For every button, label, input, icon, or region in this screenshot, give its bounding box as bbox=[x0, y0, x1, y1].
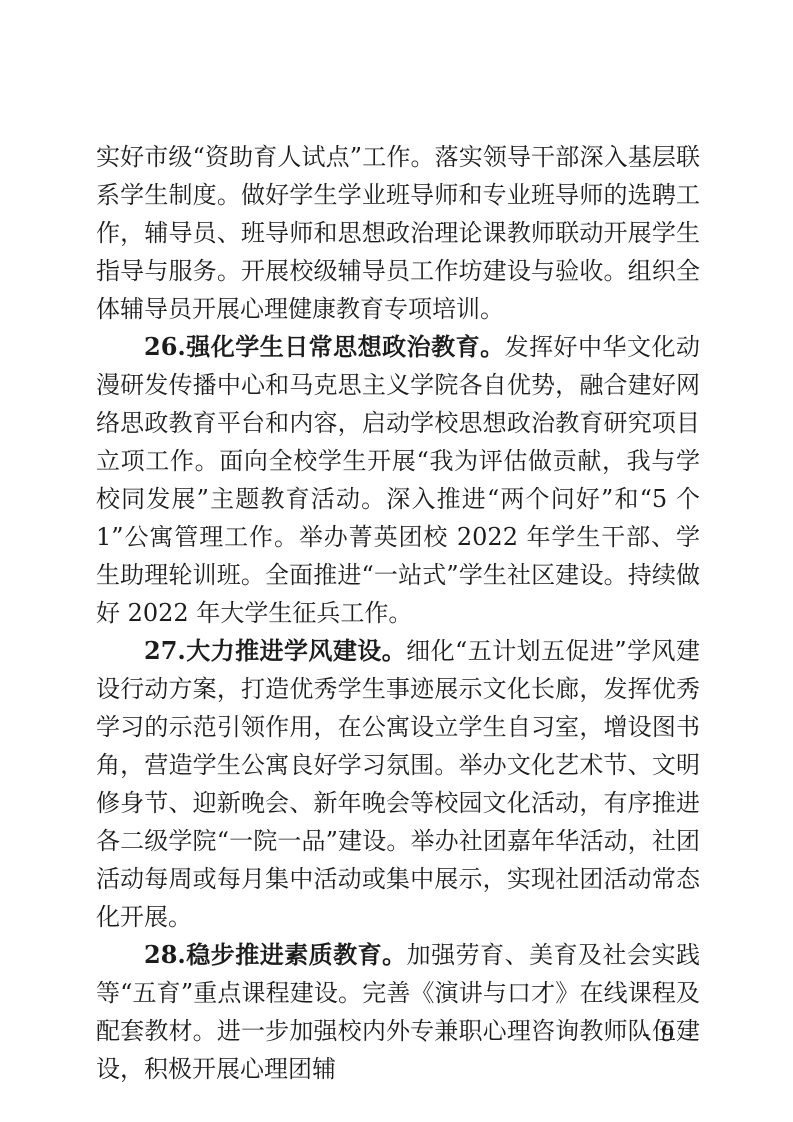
paragraph-item-28: 28.稳步推进素质教育。加强劳育、美育及社会实践等“五育”重点课程建设。完善《演… bbox=[96, 936, 700, 1088]
paragraph-text: 细化“五计划五促进”学风建设行动方案，打造优秀学生事迹展示文化长廊，发挥优秀学习… bbox=[96, 637, 700, 931]
document-body: 实好市级“资助育人试点”工作。落实领导干部深入基层联系学生制度。做好学生学业班导… bbox=[96, 138, 700, 1088]
paragraph-item-27: 27.大力推进学风建设。细化“五计划五促进”学风建设行动方案，打造优秀学生事迹展… bbox=[96, 632, 700, 936]
page-number: - 9 - bbox=[642, 1020, 695, 1050]
paragraph-lead: 28.稳步推进素质教育。 bbox=[144, 940, 407, 969]
paragraph-item-26: 26.强化学生日常思想政治教育。发挥好中华文化动漫研发传播中心和马克思主义学院各… bbox=[96, 328, 700, 632]
paragraph-text: 实好市级“资助育人试点”工作。落实领导干部深入基层联系学生制度。做好学生学业班导… bbox=[96, 143, 700, 323]
document-page: 实好市级“资助育人试点”工作。落实领导干部深入基层联系学生制度。做好学生学业班导… bbox=[0, 0, 793, 1122]
paragraph-lead: 27.大力推进学风建设。 bbox=[144, 636, 406, 665]
paragraph-text: 发挥好中华文化动漫研发传播中心和马克思主义学院各自优势，融合建好网络思政教育平台… bbox=[96, 333, 700, 627]
paragraph-lead: 26.强化学生日常思想政治教育。 bbox=[144, 332, 505, 361]
paragraph-continuation: 实好市级“资助育人试点”工作。落实领导干部深入基层联系学生制度。做好学生学业班导… bbox=[96, 138, 700, 328]
